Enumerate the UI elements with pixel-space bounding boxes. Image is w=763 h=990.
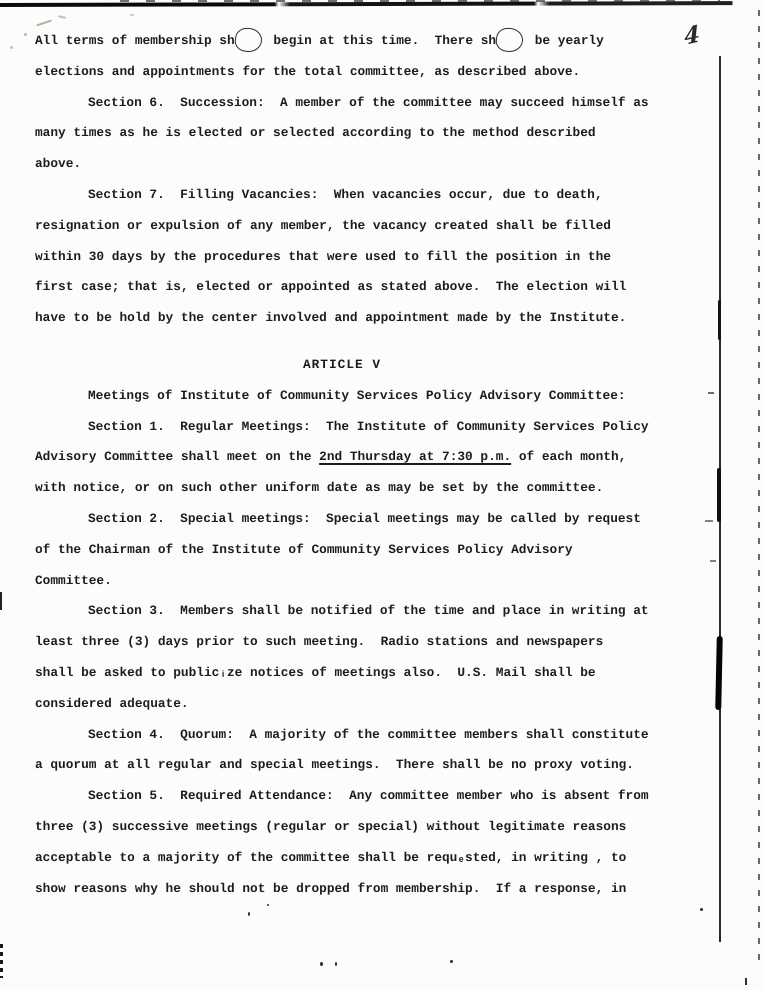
text-line: least three (3) days prior to such meeti… xyxy=(35,627,649,658)
text-run: shall be asked to publicᵢze notices of m… xyxy=(35,665,596,680)
text-run: acceptable to a majority of the committe… xyxy=(35,850,626,865)
scan-artifact-smudge xyxy=(24,33,27,36)
text-line: have to be hold by the center involved a… xyxy=(35,303,649,334)
text-line: shall be asked to publicᵢze notices of m… xyxy=(35,658,649,689)
text-line: within 30 days by the procedures that we… xyxy=(35,242,649,273)
text-run: be yearly xyxy=(527,33,604,48)
text-line: Section 3. Members shall be notified of … xyxy=(35,596,649,627)
scan-artifact-vertical-line xyxy=(719,56,721,942)
text-line: Section 2. Special meetings: Special mee… xyxy=(35,504,649,535)
text-line: Meetings of Institute of Community Servi… xyxy=(35,381,649,412)
text-line: considered adequate. xyxy=(35,689,649,720)
text-line: with notice, or on such other uniform da… xyxy=(35,473,649,504)
scan-artifact-vertical-blob xyxy=(718,300,721,340)
text-line: All terms of membership sh begin at this… xyxy=(35,26,649,57)
text-line: acceptable to a majority of the committe… xyxy=(35,843,649,874)
text-run: above. xyxy=(35,156,81,171)
text-run: of the Chairman of the Institute of Comm… xyxy=(35,542,573,557)
scan-artifact-smudge xyxy=(58,15,66,19)
scanned-document-page: 4 All terms of membership sh begin at th… xyxy=(0,0,763,990)
handwritten-page-number: 4 xyxy=(683,20,701,51)
text-run: a quorum at all regular and special meet… xyxy=(35,757,634,772)
scan-artifact-speck xyxy=(320,962,323,966)
text-run: Section 3. Members shall be notified of … xyxy=(88,603,649,618)
text-line: Section 6. Succession: A member of the c… xyxy=(35,88,649,119)
scan-artifact-speck xyxy=(700,908,703,911)
scan-artifact-smudge xyxy=(10,46,13,49)
text-line: Section 5. Required Attendance: Any comm… xyxy=(35,781,649,812)
handwritten-circle-annotation xyxy=(495,26,525,53)
scan-artifact-vertical-blob xyxy=(715,636,723,710)
handwritten-circle-annotation xyxy=(233,26,263,53)
scan-artifact-left-edge-mark xyxy=(0,592,2,610)
text-line: Section 4. Quorum: A majority of the com… xyxy=(35,720,649,751)
text-run: Section 4. Quorum: A majority of the com… xyxy=(88,727,649,742)
text-run: show reasons why he should not be droppe… xyxy=(35,881,626,896)
text-run: have to be hold by the center involved a… xyxy=(35,310,626,325)
text-line: Committee. xyxy=(35,566,649,597)
text-line: first case; that is, elected or appointe… xyxy=(35,272,649,303)
text-run: least three (3) days prior to such meeti… xyxy=(35,634,603,649)
text-line: elections and appointments for the total… xyxy=(35,57,649,88)
text-line: resignation or expulsion of any member, … xyxy=(35,211,649,242)
text-run: Section 1. Regular Meetings: The Institu… xyxy=(88,419,649,434)
text-run: begin at this time. There sh xyxy=(266,33,496,48)
text-line: Section 1. Regular Meetings: The Institu… xyxy=(35,412,649,443)
scan-artifact-right-edge-dashes xyxy=(758,10,760,970)
text-run: Section 5. Required Attendance: Any comm… xyxy=(88,788,649,803)
document-body: All terms of membership sh begin at this… xyxy=(35,26,649,904)
text-run: elections and appointments for the total… xyxy=(35,64,580,79)
text-run: many times as he is elected or selected … xyxy=(35,125,596,140)
text-line: Section 7. Filling Vacancies: When vacan… xyxy=(35,180,649,211)
text-line: show reasons why he should not be droppe… xyxy=(35,874,649,905)
text-run: Section 7. Filling Vacancies: When vacan… xyxy=(88,187,603,202)
text-run: All terms of membership sh xyxy=(35,33,235,48)
article-heading: ARTICLE V xyxy=(35,350,649,381)
text-run: considered adequate. xyxy=(35,696,189,711)
scan-artifact-top-edge-line xyxy=(0,1,763,7)
scan-artifact-speck xyxy=(745,978,747,985)
text-run: Section 2. Special meetings: Special mee… xyxy=(88,511,641,526)
text-line: three (3) successive meetings (regular o… xyxy=(35,812,649,843)
text-run: Committee. xyxy=(35,573,112,588)
scan-artifact-speck xyxy=(335,962,337,966)
text-run: resignation or expulsion of any member, … xyxy=(35,218,611,233)
scan-artifact-speck xyxy=(708,392,714,394)
text-run: with notice, or on such other uniform da… xyxy=(35,480,603,495)
scan-artifact-top-edge-dashes xyxy=(120,0,720,2)
scan-artifact-speck xyxy=(705,520,713,522)
underlined-text-run: 2nd Thursday at 7:30 p.m. xyxy=(319,449,511,464)
text-line: Advisory Committee shall meet on the 2nd… xyxy=(35,442,649,473)
text-line: of the Chairman of the Institute of Comm… xyxy=(35,535,649,566)
text-line: above. xyxy=(35,149,649,180)
text-run: within 30 days by the procedures that we… xyxy=(35,249,611,264)
scan-artifact-left-edge-mark xyxy=(0,944,3,978)
text-run: Meetings of Institute of Community Servi… xyxy=(88,388,626,403)
scan-artifact-speck xyxy=(710,560,716,562)
scan-artifact-speck xyxy=(248,912,250,916)
scan-artifact-smudge xyxy=(130,14,134,16)
text-run: of each month, xyxy=(511,449,626,464)
text-line: many times as he is elected or selected … xyxy=(35,118,649,149)
text-run: first case; that is, elected or appointe… xyxy=(35,279,626,294)
text-run: three (3) successive meetings (regular o… xyxy=(35,819,626,834)
text-run: ARTICLE V xyxy=(303,357,381,372)
text-run: Section 6. Succession: A member of the c… xyxy=(88,95,649,110)
text-run: Advisory Committee shall meet on the xyxy=(35,449,319,464)
scan-artifact-speck xyxy=(450,960,453,963)
text-line: a quorum at all regular and special meet… xyxy=(35,750,649,781)
scan-artifact-vertical-blob xyxy=(717,468,721,522)
